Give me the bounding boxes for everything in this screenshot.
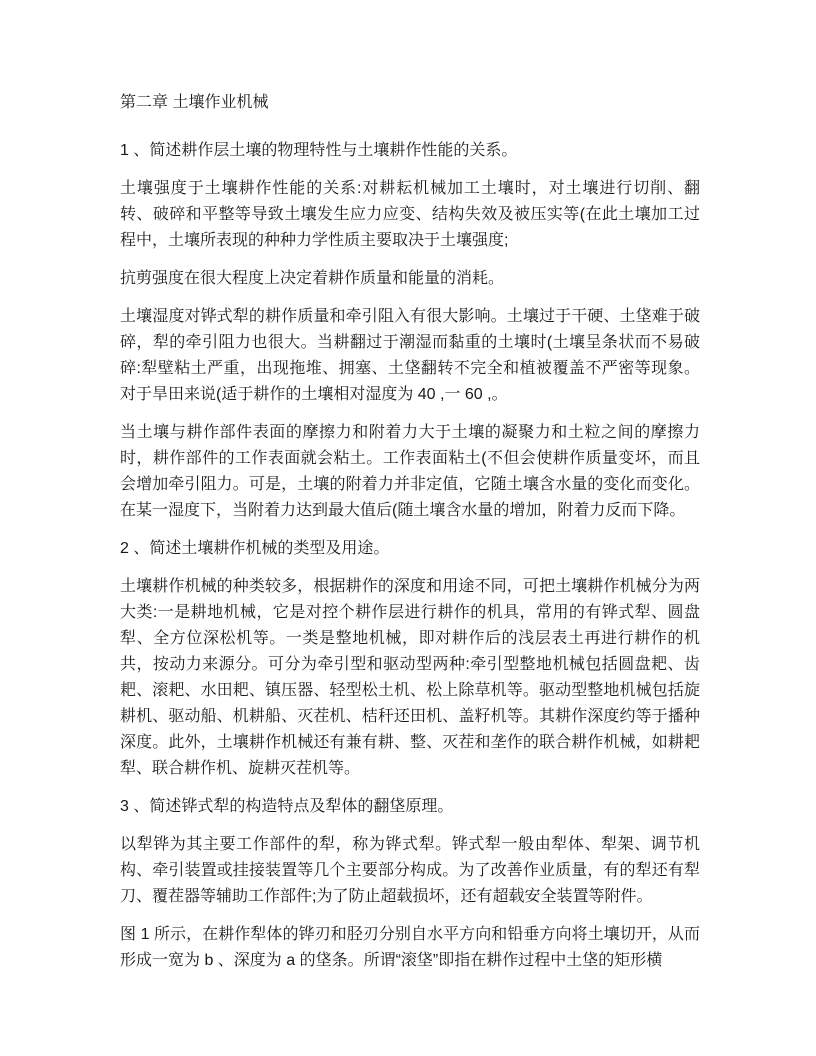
section-question-3: 3 、简述铧式犁的构造特点及犁体的翻垡原理。 以犁铧为其主要工作部件的犁，称为铧… [120, 794, 700, 974]
section-question-1: 1 、简述耕作层土壤的物理特性与土壤耕作性能的关系。 土壤强度于土壤耕作性能的关… [120, 138, 700, 524]
question-1-title: 1 、简述耕作层土壤的物理特性与土壤耕作性能的关系。 [120, 138, 700, 164]
document-page: 第二章 土壤作业机械 1 、简述耕作层土壤的物理特性与土壤耕作性能的关系。 土壤… [0, 0, 816, 1056]
answer-1-paragraph-3: 土壤湿度对铧式犁的耕作质量和牵引阻入有很大影响。土壤过于干硬、土垡难于破碎，犁的… [120, 304, 700, 408]
section-question-2: 2 、简述土壤耕作机械的类型及用途。 土壤耕作机械的种类较多，根据耕作的深度和用… [120, 536, 700, 782]
question-3-title: 3 、简述铧式犁的构造特点及犁体的翻垡原理。 [120, 794, 700, 820]
answer-1-paragraph-2: 抗剪强度在很大程度上决定着耕作质量和能量的消耗。 [120, 266, 700, 292]
chapter-heading: 第二章 土壤作业机械 [120, 90, 700, 116]
answer-2-paragraph-1: 土壤耕作机械的种类较多，根据耕作的深度和用途不同，可把土壤耕作机械分为两大类:一… [120, 574, 700, 782]
answer-3-paragraph-2: 图 1 所示，在耕作犁体的铧刃和胫刃分别自水平方向和铅垂方向将土壤切开，从而形成… [120, 922, 700, 974]
answer-1-paragraph-1: 土壤强度于土壤耕作性能的关系:对耕耘机械加工土壤时，对土壤进行切削、翻转、破碎和… [120, 176, 700, 254]
question-2-title: 2 、简述土壤耕作机械的类型及用途。 [120, 536, 700, 562]
answer-1-paragraph-4: 当土壤与耕作部件表面的摩擦力和附着力大于土壤的凝聚力和土粒之间的摩擦力时，耕作部… [120, 420, 700, 524]
answer-3-paragraph-1: 以犁铧为其主要工作部件的犁，称为铧式犁。铧式犁一般由犁体、犁架、调节机构、牵引装… [120, 832, 700, 910]
